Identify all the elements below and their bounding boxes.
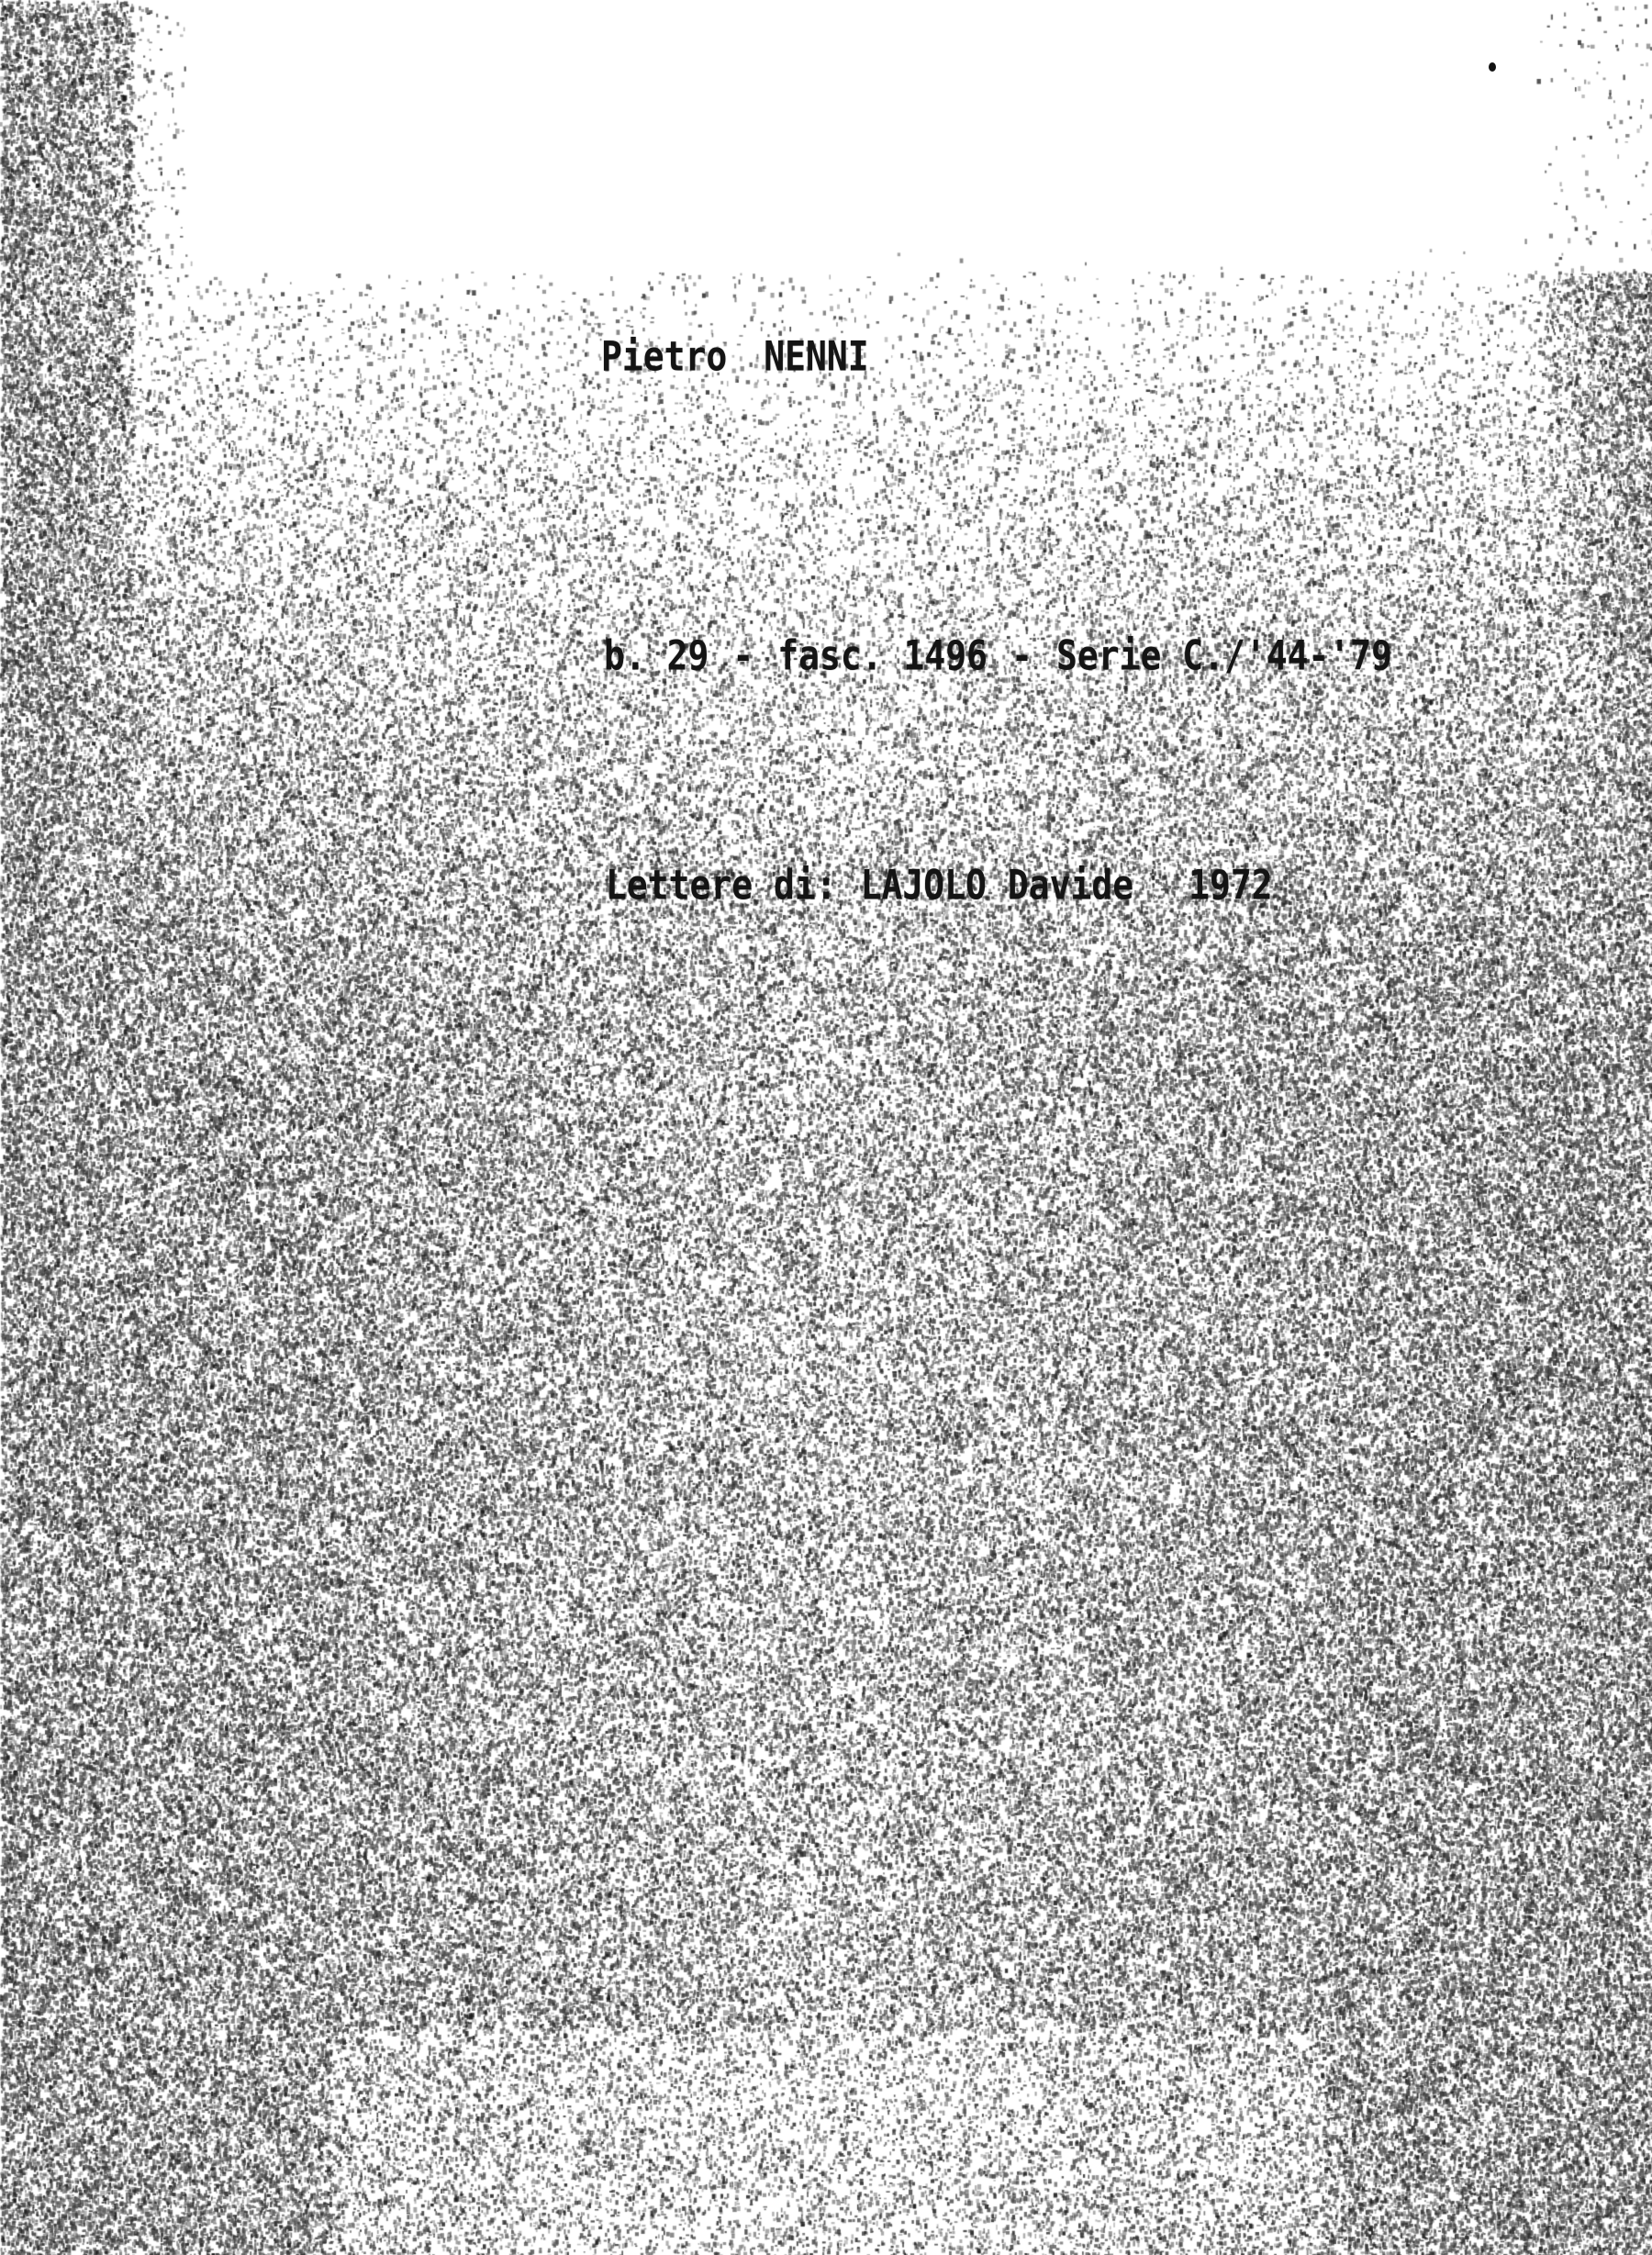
letters-label: Lettere di: — [606, 861, 837, 909]
last-name: NENNI — [764, 332, 868, 380]
person-name-line: PietroNENNI — [601, 332, 869, 380]
correspondent-name: LAJOLO Davide — [861, 861, 1133, 909]
separator: - — [732, 631, 753, 679]
letters-year: 1972 — [1189, 861, 1273, 909]
ink-speck — [1489, 62, 1496, 72]
first-name: Pietro — [601, 332, 727, 380]
busta-number: b. 29 — [604, 631, 709, 679]
archive-reference-line: b. 29-fasc. 1496-Serie C./'44-'79 — [604, 631, 1392, 679]
serie-label: Serie C./'44-'79 — [1056, 631, 1392, 679]
letters-line: Lettere di:LAJOLO Davide1972 — [606, 861, 1273, 909]
fascicolo-number: fasc. 1496 — [777, 631, 988, 679]
scanned-page: PietroNENNI b. 29-fasc. 1496-Serie C./'4… — [0, 0, 1652, 2255]
separator: - — [1011, 631, 1032, 679]
